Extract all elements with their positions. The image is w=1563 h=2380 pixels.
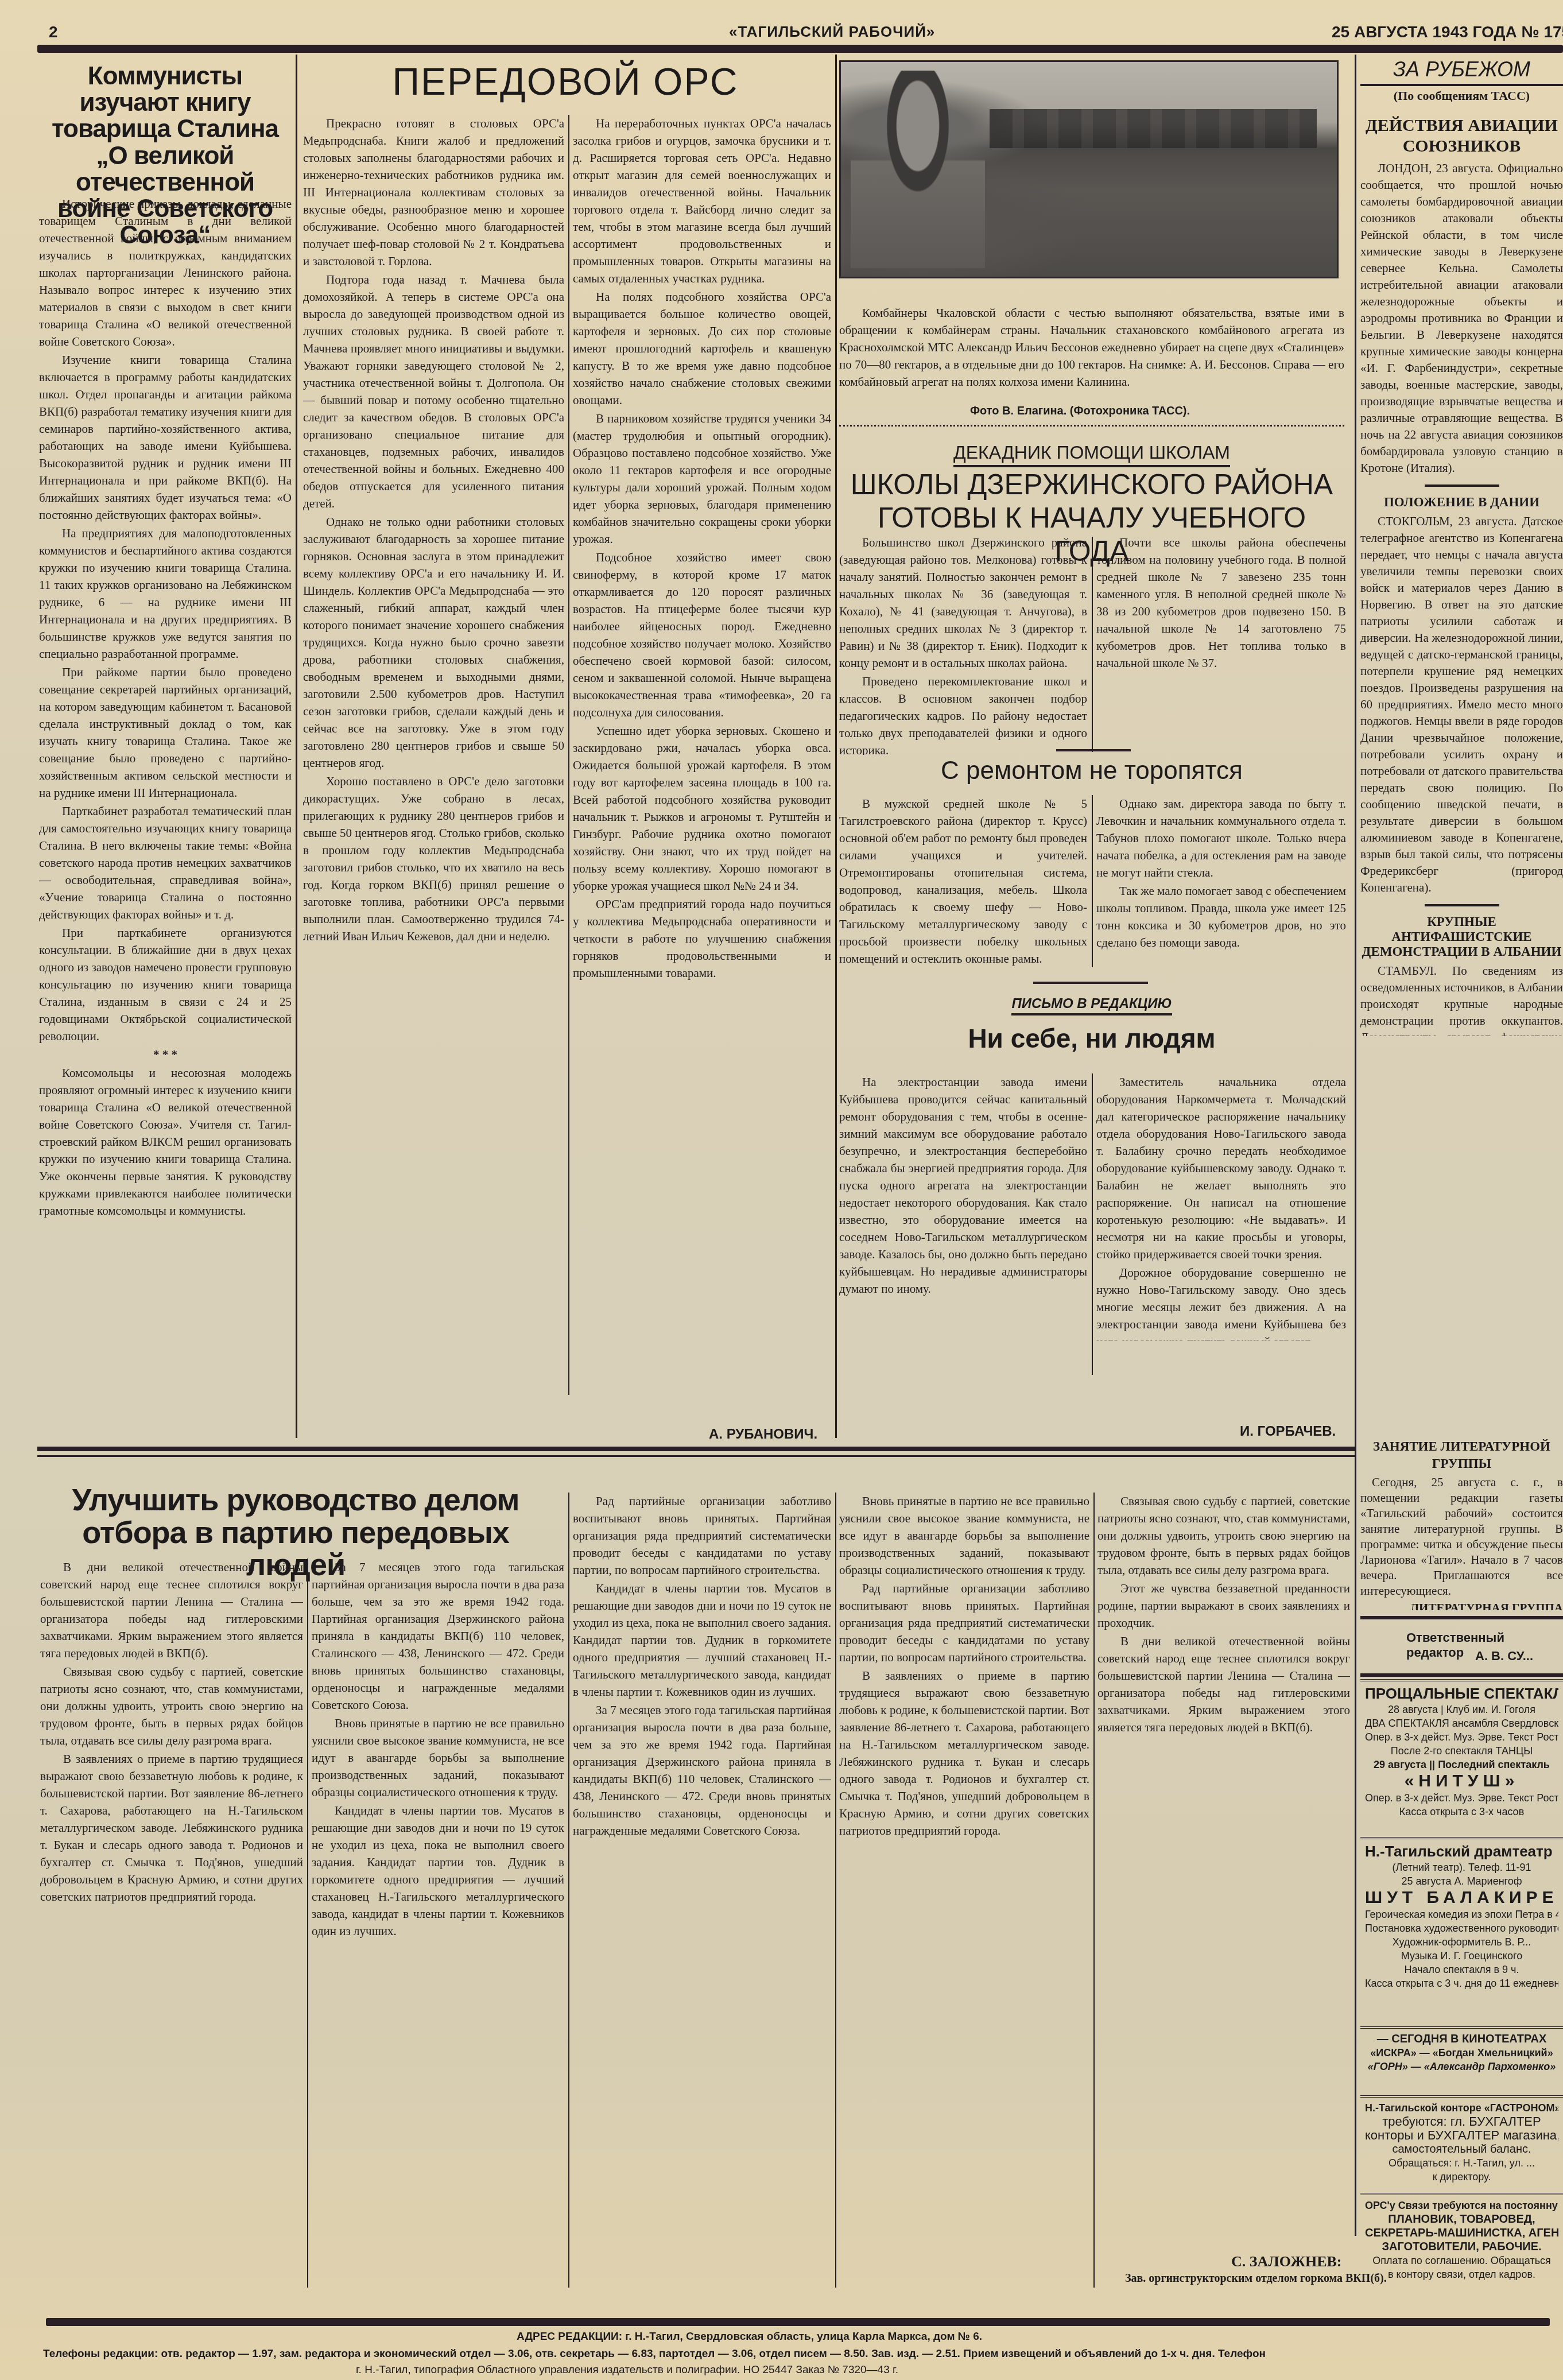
column-divider: [296, 55, 297, 1438]
portrait-image: [851, 71, 984, 268]
editor-name: А. В. СУ...: [1475, 1649, 1533, 1664]
paragraph: Связывая свою судьбу с партией, советски…: [1097, 1493, 1350, 1579]
masthead-rule: [37, 45, 1563, 53]
column-divider: [568, 1493, 569, 2288]
ad-line: самостоятельный баланс.: [1365, 2142, 1558, 2156]
section-title: ЗА РУБЕЖОМ: [1360, 57, 1563, 86]
article-letter-col1: На электростанции завода имени Куйбышева…: [839, 1073, 1087, 1378]
ad-line: требуются: гл. БУХГАЛТЕР: [1365, 2115, 1558, 2129]
newspaper-page: 2 «ТАГИЛЬСКИЙ РАБОЧИЙ» 25 АВГУСТА 1943 Г…: [0, 0, 1563, 2380]
ad-line: Обращаться: г. Н.-Тагил, ул. ...: [1365, 2156, 1558, 2170]
lit-group-notice: ЗАНЯТИЕ ЛИТЕРАТУРНОЙ ГРУППЫ Сегодня, 25 …: [1360, 1438, 1563, 1610]
ad-title: ПРОЩАЛЬНЫЕ СПЕКТАКЛИ: [1365, 1685, 1558, 1703]
paragraph: На переработочных пунктах ОРС'а началась…: [573, 115, 831, 287]
short-divider: [1425, 904, 1499, 906]
ad-ors-svyazi-jobs: ОРС'у Связи требуются на постоянную рабо…: [1360, 2193, 1563, 2290]
photo-combine-operator: [839, 60, 1339, 278]
signature-zalozhnev: С. ЗАЛОЖНЕВ:: [1231, 2253, 1342, 2270]
article-party-col3: Рад партийные организации заботливо восп…: [573, 1493, 831, 2288]
column-divider: [1093, 1493, 1095, 2288]
notice-headline: ЗАНЯТИЕ ЛИТЕРАТУРНОЙ ГРУППЫ: [1360, 1438, 1563, 1472]
ad-line: ЗАГОТОВИТЕЛИ, РАБОЧИЕ.: [1365, 2240, 1558, 2254]
ad-line: Художник-оформитель В. Р...: [1365, 1935, 1558, 1949]
ad-line: Касса открыта с 3 ч. дня до 11 ежедневно…: [1365, 1976, 1558, 1990]
ad-line: Начало спектакля в 9 ч.: [1365, 1963, 1558, 1976]
ad-line: к директору.: [1365, 2170, 1558, 2184]
paragraph: Комсомольцы и несоюзная молодежь проявля…: [39, 1064, 292, 1219]
article-schools-col1: Большинство школ Дзержинского района (за…: [839, 534, 1087, 755]
paragraph: Однако зам. директора завода по быту т. …: [1096, 795, 1346, 881]
rubric-text: ДЕКАДНИК ПОМОЩИ ШКОЛАМ: [953, 442, 1230, 467]
paragraph: Изучение книги товарища Сталина включает…: [39, 351, 292, 524]
paragraph: При райкоме партии было проведено совеща…: [39, 664, 292, 801]
ad-line: (Летний театр). Телеф. 11-91: [1365, 1860, 1558, 1874]
headline-letter: Ни себе, ни людям: [839, 1025, 1344, 1052]
paragraph: В заявлениях о приеме в партию трудящиес…: [839, 1667, 1089, 1839]
paragraph: Вновь принятые в партию не все правильно…: [839, 1493, 1089, 1579]
ad-title: — СЕГОДНЯ В КИНОТЕАТРАХ: [1365, 2032, 1558, 2046]
ad-line: «ИСКРА» — «Богдан Хмельницкий»: [1365, 2046, 1558, 2060]
headline-ors: ПЕРЕДОВОЙ ОРС: [301, 62, 829, 102]
article-party-col5: Связывая свою судьбу с партией, советски…: [1097, 1493, 1350, 2210]
ad-line: конторы и БУХГАЛТЕР магазина,: [1365, 2129, 1558, 2142]
paragraph: Связывая свою судьбу с партией, советски…: [40, 1663, 303, 1749]
paragraph: Почти все школы района обеспечены топлив…: [1096, 534, 1346, 672]
section-rule: [37, 1447, 1355, 1451]
paragraph: В мужской средней школе № 5 Тагилстроевс…: [839, 795, 1087, 967]
paragraph: Заместитель начальника отдела оборудован…: [1096, 1073, 1346, 1263]
section-source: (По сообщениям ТАСС): [1360, 88, 1563, 103]
page-number: 2: [49, 23, 58, 41]
ad-line: «НИТУШ»: [1365, 1772, 1558, 1791]
signature-gorbachev: И. ГОРБАЧЕВ.: [1240, 1424, 1336, 1440]
paragraph: Успешно идет уборка зерновых. Скошено и …: [573, 722, 831, 894]
paragraph: За 7 месяцев этого года тагильская парти…: [312, 1559, 564, 1714]
abroad-section: ЗА РУБЕЖОМ (По сообщениям ТАСС): [1360, 57, 1563, 103]
article-party-col2: За 7 месяцев этого года тагильская парти…: [312, 1559, 564, 2288]
issue-date: 25 АВГУСТА 1943 ГОДА № 175 (: [1332, 23, 1563, 41]
column-divider: [1355, 55, 1356, 2236]
column-divider: [1092, 1073, 1093, 1375]
ad-line: СЕКРЕТАРЬ-МАШИНИСТКА, АГЕНТЫ,: [1365, 2226, 1558, 2240]
ad-line: 28 августа | Клуб им. И. Гоголя: [1365, 1703, 1558, 1716]
paragraph: Хорошо поставлено в ОРС'е дело заготовки…: [303, 773, 564, 945]
paragraph: Однако не только одни работники столовых…: [303, 513, 564, 772]
ad-line: ДВА СПЕКТАКЛЯ ансамбля Свердловской музк…: [1365, 1716, 1558, 1730]
footer-address: АДРЕС РЕДАКЦИИ: г. Н.-Тагил, Свердловска…: [517, 2331, 982, 2343]
signature-title: Зав. оргинструкторским отделом горкома В…: [1125, 2272, 1387, 2285]
column-divider: [307, 1559, 308, 2288]
paragraph: За 7 месяцев этого года тагильская парти…: [573, 1701, 831, 1839]
combines-image: [990, 109, 1317, 148]
ad-title: ОРС'у Связи требуются на постоянную рабо…: [1365, 2199, 1558, 2212]
paragraph: В заявлениях о приеме в партию трудящиес…: [40, 1750, 303, 1905]
article-ors-col2: На переработочных пунктах ОРС'а началась…: [573, 115, 831, 1349]
paragraph: Подсобное хозяйство имеет свою свиноферм…: [573, 549, 831, 721]
ad-line: ШУТ БАЛАКИРЕВ: [1365, 1888, 1558, 1908]
column-divider: [1092, 537, 1093, 752]
paragraph: На электростанции завода имени Куйбышева…: [839, 1073, 1087, 1297]
separator: * * *: [39, 1046, 292, 1063]
column-divider: [1092, 795, 1093, 967]
paragraph: Дорожное оборудование совершенно не нужн…: [1096, 1264, 1346, 1340]
article-repair-col2: Однако зам. директора завода по быту т. …: [1096, 795, 1346, 970]
paper-title: «ТАГИЛЬСКИЙ РАБОЧИЙ»: [729, 23, 935, 41]
abroad-news: ДЕЙСТВИЯ АВИАЦИИ СОЮЗНИКОВ ЛОНДОН, 23 ав…: [1360, 112, 1563, 1036]
news-text: ЛОНДОН, 23 августа. Официально сообщаетс…: [1360, 160, 1563, 476]
paragraph: Кандидат в члены партии тов. Мусатов в р…: [573, 1580, 831, 1700]
paragraph: Так же мало помогает завод с обеспечение…: [1096, 882, 1346, 951]
footer-phones: Телефоны редакции: отв. редактор — 1.97,…: [43, 2348, 1558, 2360]
paragraph: При парткабинете организуются консультац…: [39, 924, 292, 1045]
news-headline: КРУПНЫЕ АНТИФАШИСТСКИЕ ДЕМОНСТРАЦИИ В АЛ…: [1360, 914, 1563, 959]
paragraph: На полях подсобного хозяйства ОРС'а выра…: [573, 288, 831, 409]
ad-line: Опер. в 3-х дейст. Муз. Эрве. Текст Рост…: [1365, 1791, 1558, 1805]
ad-cinemas: — СЕГОДНЯ В КИНОТЕАТРАХ «ИСКРА» — «Богда…: [1360, 2026, 1563, 2090]
ad-line: 25 августа А. Мариенгоф: [1365, 1874, 1558, 1888]
section-rule: [1360, 1673, 1563, 1677]
ad-title: Н.-Тагильской конторе «ГАСТРОНОМ»: [1365, 2101, 1558, 2115]
ad-line: Касса открыта с 3-х часов: [1365, 1805, 1558, 1819]
headline-repair: С ремонтом не торопятся: [839, 758, 1344, 784]
column-divider: [835, 55, 837, 1438]
article-stalin-book: Исторические приказы, доклады, сделанные…: [39, 195, 292, 1429]
paragraph: Прекрасно готовят в столовых ОРС'а Медьп…: [303, 115, 564, 270]
article-schools-col2: Почти все школы района обеспечены топлив…: [1096, 534, 1346, 755]
signature-rubanovich: А. РУБАНОВИЧ.: [709, 1427, 817, 1443]
paragraph: Кандидат в члены партии тов. Мусатов в р…: [312, 1802, 564, 1940]
footer-printing: г. Н.-Тагил, типография Областного управ…: [356, 2364, 898, 2377]
paragraph: Вновь принятые в партию не все правильно…: [312, 1715, 564, 1801]
wavy-divider: [839, 425, 1344, 429]
short-divider: [1033, 982, 1148, 984]
ad-line: в контору связи, отдел кадров.: [1365, 2267, 1558, 2281]
paragraph: Рад партийные организации заботливо восп…: [839, 1580, 1089, 1666]
article-ors-col1: Прекрасно готовят в столовых ОРС'а Медьп…: [303, 115, 564, 1429]
column-divider: [835, 1493, 836, 2288]
section-rule: [1360, 1616, 1563, 1619]
rubric-schools: ДЕКАДНИК ПОМОЩИ ШКОЛАМ: [839, 442, 1344, 463]
paragraph: На предприятиях для малоподготовленных к…: [39, 525, 292, 662]
paragraph: В парниковом хозяйстве трудятся ученики …: [573, 410, 831, 548]
ad-line: 29 августа || Последний спектакль: [1365, 1758, 1558, 1772]
rubric-text: ПИСЬМО В РЕДАКЦИЮ: [1011, 996, 1172, 1015]
paragraph: Большинство школ Дзержинского района (за…: [839, 534, 1087, 672]
news-headline: ДЕЙСТВИЯ АВИАЦИИ СОЮЗНИКОВ: [1360, 115, 1563, 157]
ad-line: Оплата по соглашению. Обращаться: [1365, 2254, 1558, 2267]
paragraph: В дни великой отечественной войны советс…: [40, 1559, 303, 1662]
ad-line: Музыка И. Г. Гоецинского: [1365, 1949, 1558, 1963]
news-headline: ПОЛОЖЕНИЕ В ДАНИИ: [1360, 495, 1563, 510]
paragraph: Рад партийные организации заботливо восп…: [573, 1493, 831, 1579]
article-letter-col2: Заместитель начальника отдела оборудован…: [1096, 1073, 1346, 1340]
photo-credit: Фото В. Елагина. (Фотохроника ТАСС).: [970, 405, 1190, 418]
paragraph: Этот же чувства беззаветной преданности …: [1097, 1580, 1350, 1631]
ad-line: Постановка художественного руководителя …: [1365, 1921, 1558, 1935]
ad-drama-theatre: Н.-Тагильский драмтеатр (Летний театр). …: [1360, 1837, 1563, 2026]
paragraph: Подтора года назад т. Мачнева была домох…: [303, 271, 564, 512]
short-divider: [1425, 484, 1499, 487]
short-divider: [1056, 749, 1131, 751]
ad-line: «ГОРН» — «Александр Пархоменко»: [1365, 2060, 1558, 2073]
article-party-col4: Вновь принятые в партию не все правильно…: [839, 1493, 1089, 2288]
ad-title: Н.-Тагильский драмтеатр: [1365, 1843, 1558, 1860]
notice-text: Сегодня, 25 августа с. г., в помещении р…: [1360, 1475, 1563, 1599]
section-rule: [37, 1455, 1355, 1457]
rubric-letter: ПИСЬМО В РЕДАКЦИЮ: [839, 996, 1344, 1012]
article-repair-col1: В мужской средней школе № 5 Тагилстроевс…: [839, 795, 1087, 970]
paragraph: Проведено перекомплектование школ и клас…: [839, 673, 1087, 755]
paragraph: Парткабинет разработал тематический план…: [39, 803, 292, 923]
notice-signature: ЛИТЕРАТУРНАЯ ГРУППА: [1360, 1601, 1563, 1610]
ad-farewell-shows: ПРОЩАЛЬНЫЕ СПЕКТАКЛИ 28 августа | Клуб и…: [1360, 1679, 1563, 1851]
news-text: СТОКГОЛЬМ, 23 августа. Датское телеграфн…: [1360, 513, 1563, 896]
ad-line: Опер. в 3-х дейст. Муз. Эрве. Текст Рост…: [1365, 1730, 1558, 1744]
footer-rule: [46, 2318, 1550, 2326]
column-divider: [568, 115, 569, 1395]
ad-line: После 2-го спектакля ТАНЦЫ: [1365, 1744, 1558, 1758]
ad-line: ПЛАНОВИК, ТОВАРОВЕД,: [1365, 2212, 1558, 2226]
news-text: СТАМБУЛ. По сведениям из осведомленных и…: [1360, 963, 1563, 1036]
ad-line: Героическая комедия из эпохи Петра в 4 а…: [1365, 1908, 1558, 1921]
ad-gastronom-jobs: Н.-Тагильской конторе «ГАСТРОНОМ» требую…: [1360, 2095, 1563, 2187]
article-party-col1: В дни великой отечественной войны советс…: [40, 1559, 303, 2288]
paragraph: В дни великой отечественной войны советс…: [1097, 1633, 1350, 1736]
photo-caption: Комбайнеры Чкаловской области с честью в…: [839, 304, 1344, 390]
paragraph: Исторические приказы, доклады, сделанные…: [39, 195, 292, 350]
paragraph: ОРС'ам предприятий города надо поучиться…: [573, 896, 831, 982]
